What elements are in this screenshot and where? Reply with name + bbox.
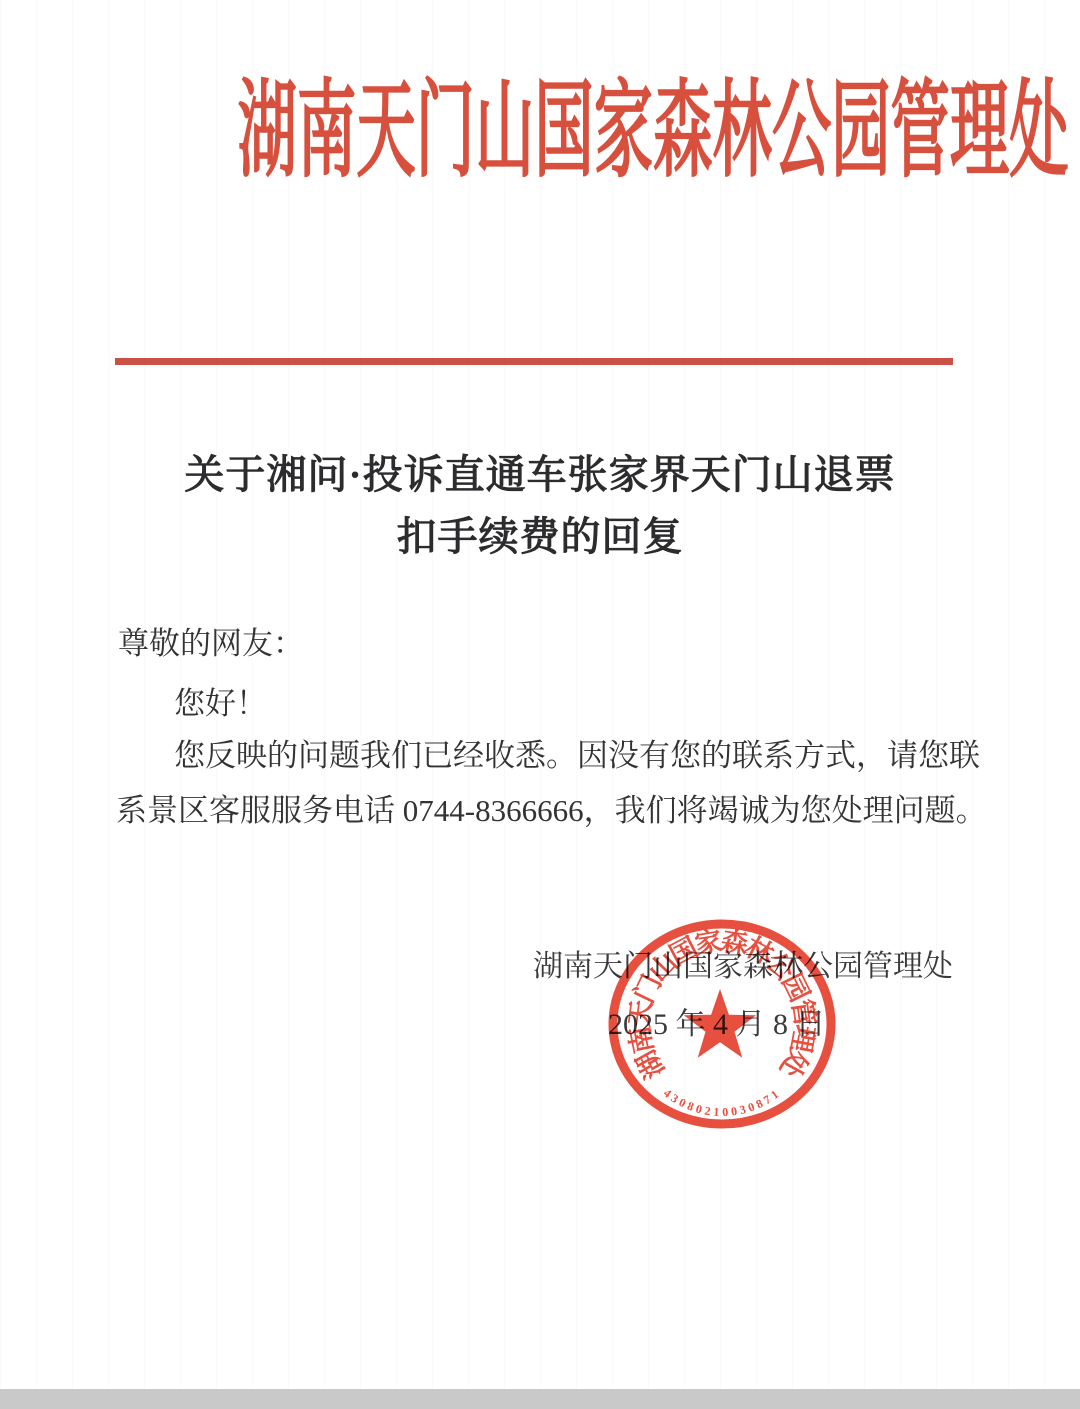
red-divider-line — [115, 358, 953, 365]
salutation: 尊敬的网友： — [118, 622, 304, 666]
body-paragraph-line2: 系景区客服服务电话 0744-8366666，我们将竭诚为您处理问题。 — [116, 789, 987, 833]
document-title: 关于湘问·投诉直通车张家界天门山退票 扣手续费的回复 — [0, 444, 1080, 568]
body-paragraph-line1: 您反映的问题我们已经收悉。因没有您的联系方式，请您联 — [174, 734, 980, 778]
scan-artifact-gray-strip — [0, 1389, 1080, 1409]
greeting: 您好！ — [174, 682, 267, 726]
scanned-official-letter: 湖南天门山国家森林公园管理处 关于湘问·投诉直通车张家界天门山退票 扣手续费的回… — [0, 0, 1080, 1409]
official-seal-stamp: 湖南天门山国家森林公园管理处 43080210030871 — [608, 914, 838, 1136]
letterhead-title: 湖南天门山国家森林公园管理处 — [238, 66, 843, 199]
document-title-line2: 扣手续费的回复 — [0, 506, 1080, 568]
document-title-line1: 关于湘问·投诉直通车张家界天门山退票 — [0, 444, 1080, 506]
star-icon — [684, 989, 756, 1058]
